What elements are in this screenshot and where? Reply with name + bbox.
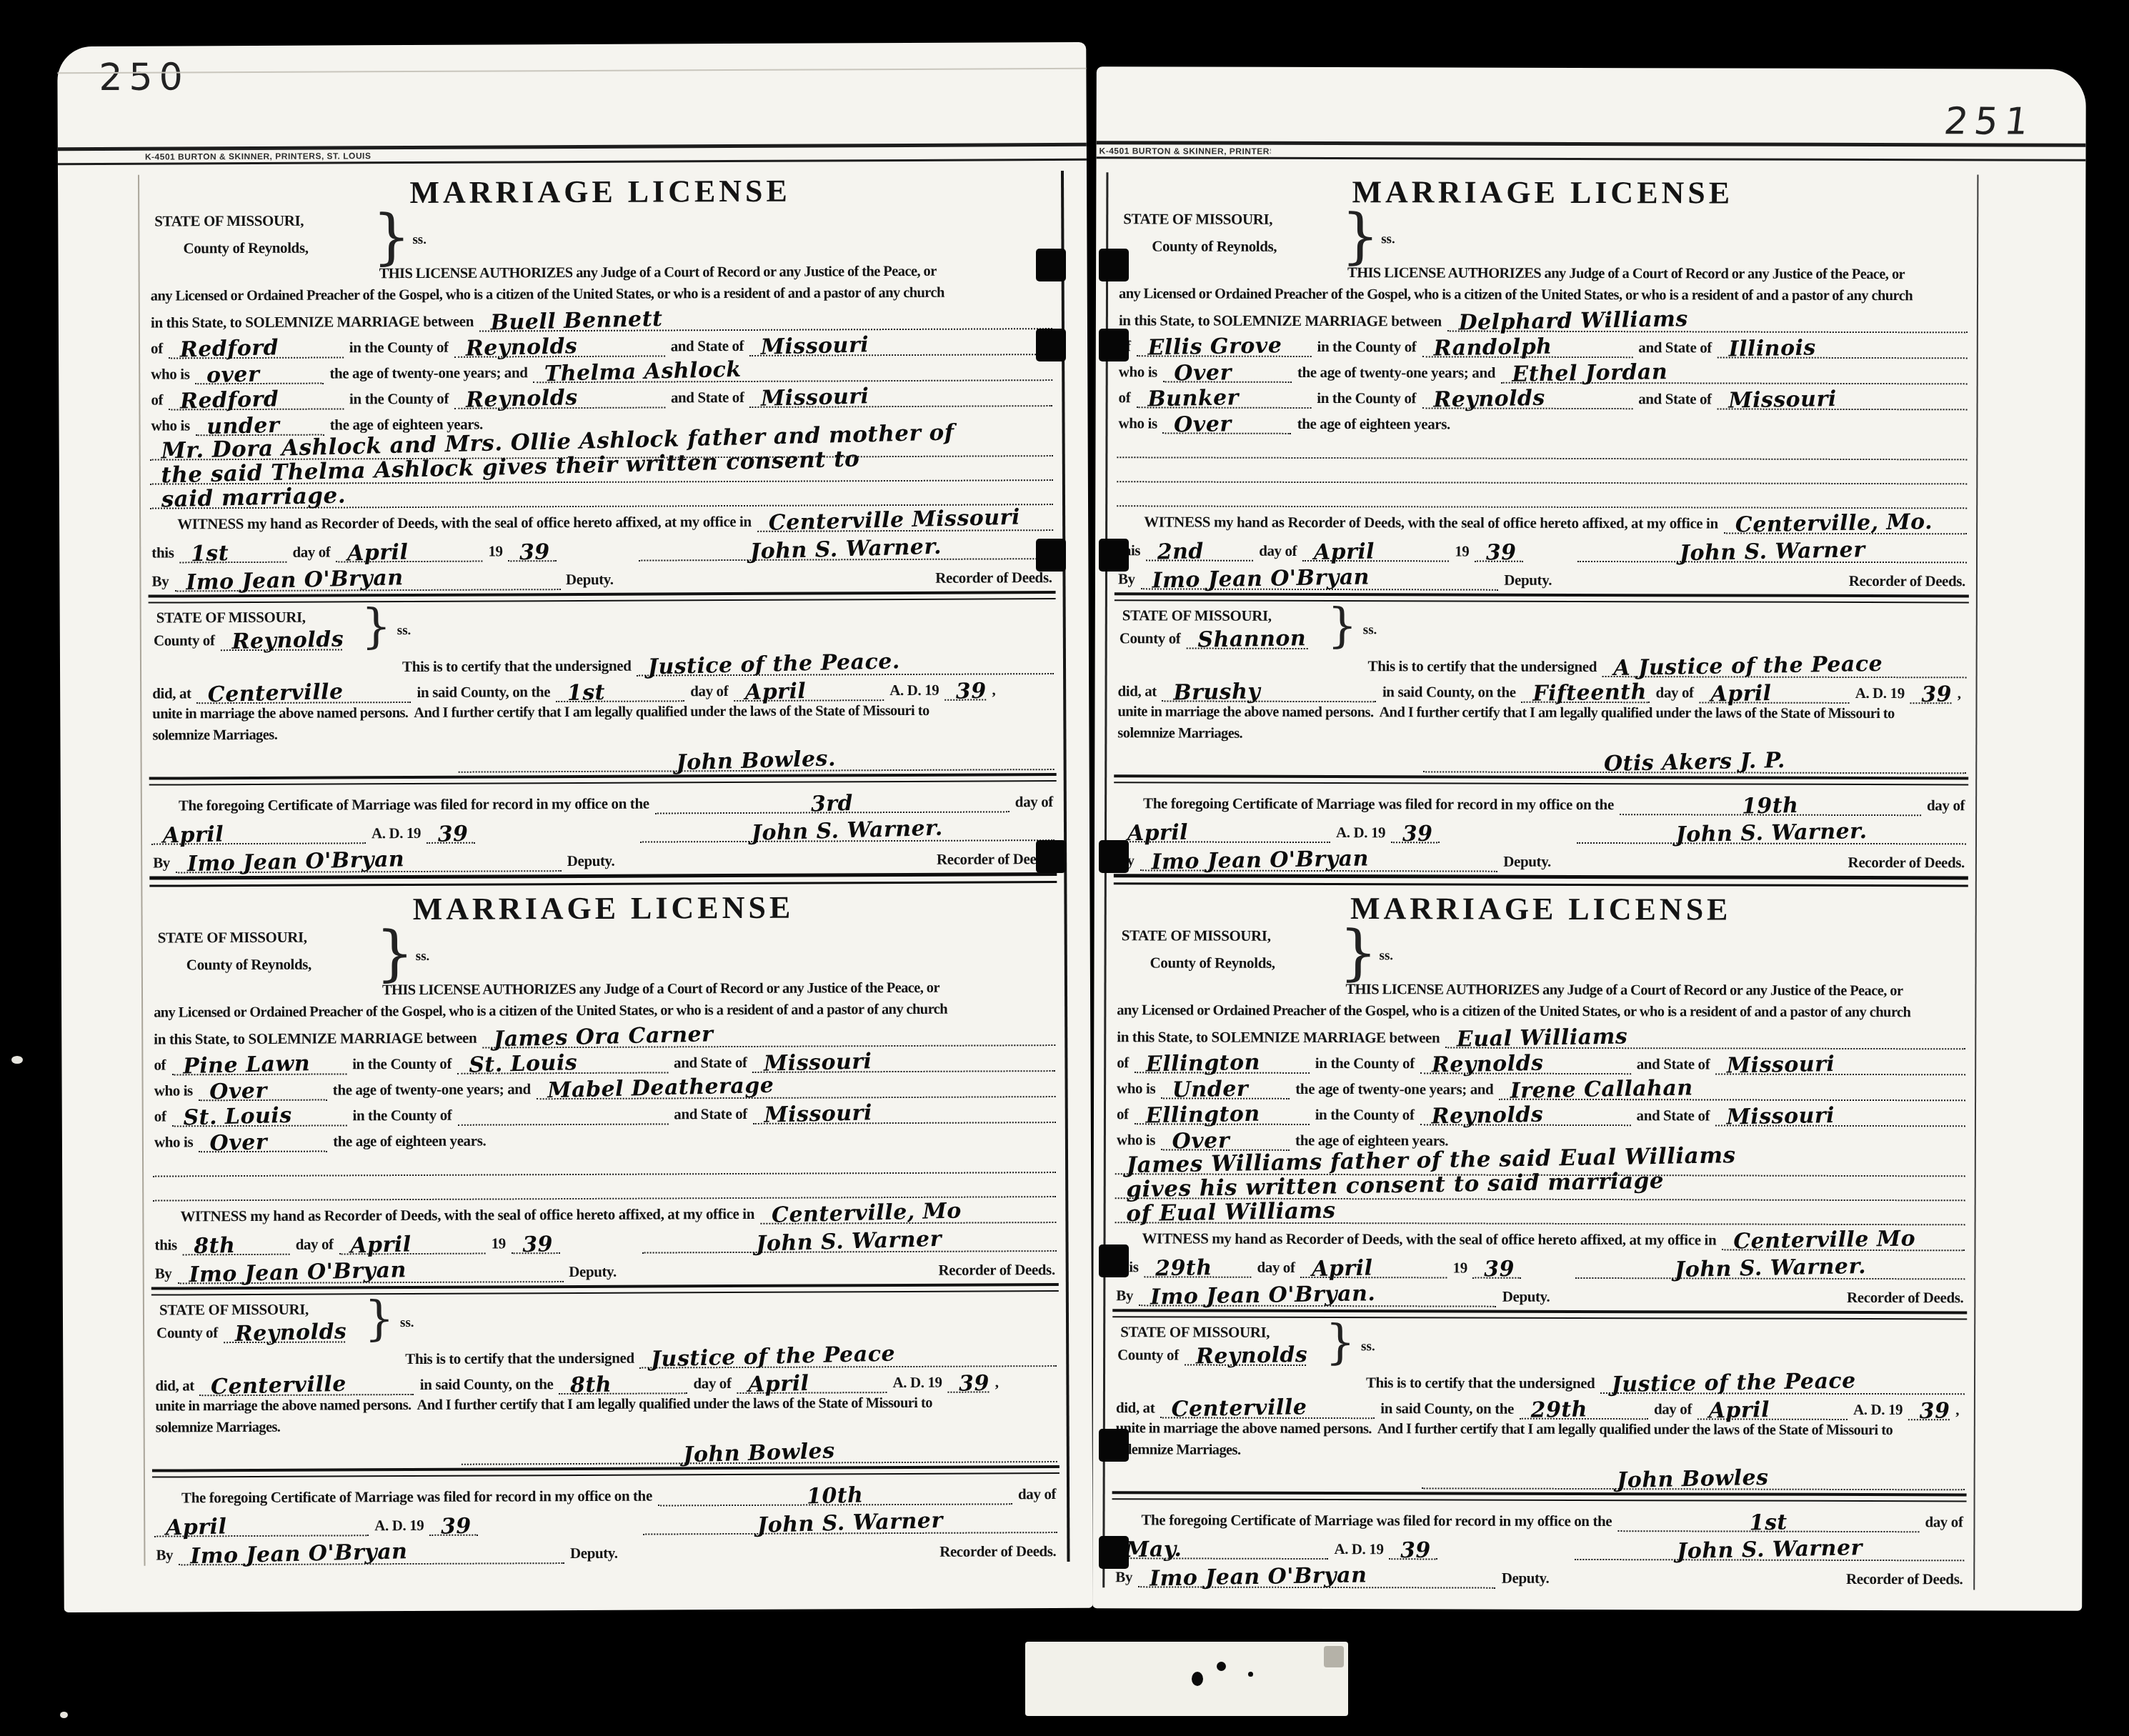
groom-name-line: James Ora Carner [482, 1026, 1055, 1048]
marriage-month-line: April [737, 1373, 887, 1394]
officiant-title: Justice of the Peace [651, 1343, 896, 1370]
filed-date-col: AprilA. D. 1939 [1114, 822, 1555, 844]
state-county-block: STATE OF MISSOURI,County of Reynolds,}ss… [146, 208, 1054, 265]
printed-who_is: who is [1113, 1132, 1159, 1150]
form-row: ByImo Jean O'BryanDeputy.Recorder of Dee… [1112, 1559, 1966, 1590]
printed-day_of: day of [1014, 1486, 1059, 1505]
license-title: MARRIAGE LICENSE [149, 889, 1057, 929]
recorder-signature-col: John S. Warner. [617, 539, 1055, 562]
form-row: This is to certify that the undersignedJ… [1112, 1367, 1967, 1395]
printed-ad: A. D. 19 [1850, 1402, 1906, 1420]
printed-foregoing: The foregoing Certificate of Marriage wa… [1137, 1512, 1615, 1532]
filed-year: 39 [441, 1516, 472, 1538]
form-row: who isOverthe age of eighteen years. [1115, 408, 1969, 436]
groom-county-line: Randolph [1422, 337, 1632, 358]
printed-and_state: and State of [670, 1106, 751, 1125]
bride-age-line: under [196, 416, 324, 437]
row-spacer [1575, 872, 1845, 873]
form-row: did, atCentervillein said County, on the… [149, 674, 1056, 704]
witness-month: April [1312, 1258, 1373, 1280]
filed-month-line: April [154, 1516, 369, 1537]
form-row [1115, 458, 1969, 484]
filed-month: May. [1125, 1539, 1182, 1561]
county-label: County ofReynolds [1114, 1345, 1308, 1366]
blank-consent-line [1117, 438, 1967, 460]
form-area-right: MARRIAGE LICENSESTATE OF MISSOURI,County… [1102, 172, 1978, 1590]
groom-name: James Ora Carner [494, 1024, 714, 1050]
bride-name-line: Ethel Jordan [1501, 364, 1968, 385]
printed-recorder: Recorder of Deeds. [1843, 1571, 1966, 1590]
form-row: ofRedfordin the County ofReynoldsand Sta… [147, 329, 1054, 359]
marriage-year-line: 39 [944, 680, 986, 700]
bride-age: Over [1172, 1130, 1230, 1152]
deputy-signature-line: Imo Jean O'Bryan. [1139, 1286, 1497, 1307]
witness-month-line: April [1302, 542, 1449, 562]
recorder-signature: John S. Warner. [750, 537, 942, 563]
printed-comma: , [1952, 1402, 1963, 1420]
witness-date-col: this29thday ofApril1939 [1112, 1257, 1553, 1279]
page-251: 251 K-4501 BURTON & SKINNER, PRINTERS, S… [1092, 66, 2086, 1611]
row-spacer [640, 1281, 935, 1282]
form-row: did, atCentervillein said County, on the… [151, 1367, 1059, 1397]
form-row: ofEllingtonin the County ofReynoldsand S… [1113, 1047, 1968, 1075]
printed-deputy: Deputy. [1499, 1289, 1554, 1307]
form-row: The foregoing Certificate of Marriage wa… [1112, 1505, 1966, 1532]
printed-day_of: day of [1255, 543, 1300, 562]
printed-in_county: in the County of [1313, 390, 1420, 409]
state-county-block: STATE OF MISSOURI,County ofReynolds}ss. [149, 604, 1056, 653]
printed-who_is: who is [147, 366, 193, 384]
groom-state-line: Missouri [1715, 1054, 1965, 1075]
state-of-missouri-label: STATE OF MISSOURI, [151, 213, 307, 232]
witness-office-place: Centerville Missouri [768, 507, 1020, 534]
printed-auth2: any Licensed or Ordained Preacher of the… [1113, 1004, 1914, 1024]
form-row: any Licensed or Ordained Preacher of the… [1113, 1000, 1968, 1024]
witness-year-line: 39 [509, 542, 557, 562]
marriage-month: April [1708, 1400, 1770, 1422]
bride-name: Ethel Jordan [1512, 361, 1667, 386]
state-county-block: STATE OF MISSOURI,County ofReynolds}ss. [1112, 1322, 1967, 1369]
form-row: This is to certify that the undersignedJ… [149, 649, 1056, 679]
printed-by: By [1115, 571, 1139, 589]
groom-county-line: St. Louis [457, 1053, 668, 1074]
form-row: this8thday ofApril1939John S. Warner [151, 1223, 1058, 1256]
printed-who_is: who is [1113, 1080, 1159, 1099]
certifying-county-line: Reynolds [220, 630, 341, 651]
printed-in_county: in the County of [1313, 339, 1420, 357]
witness-day-line: 1st [179, 543, 286, 564]
form-row: ofEllingtonin the County ofReynoldsand S… [1113, 1099, 1968, 1127]
marriage-day-line: Fifteenth [1522, 683, 1650, 703]
printed-deputy: Deputy. [1500, 854, 1555, 872]
ink-dot [1192, 1672, 1203, 1686]
ss-abbrev: ss. [1380, 948, 1394, 964]
filed-month: April [162, 824, 224, 847]
page-number-left: 250 [99, 56, 189, 99]
marriage-month: April [748, 1373, 809, 1396]
section-divider [1115, 592, 1969, 603]
county-label: County ofReynolds [150, 630, 344, 651]
recorder-signature: John S. Warner [1676, 1537, 1862, 1562]
recorder-label-col: Recorder of Deeds. [617, 569, 1056, 590]
marriage-year-line: 39 [1908, 1400, 1950, 1420]
printed-deputy: Deputy. [1498, 1570, 1553, 1589]
recorder-signature-line: John S. Warner. [1575, 1259, 1965, 1279]
row-spacer [1575, 591, 1845, 592]
printed-in_said: in said County, on the [417, 1376, 557, 1395]
witness-office-place-line: Centerville Missouri [757, 511, 1053, 532]
form-row: The foregoing Certificate of Marriage wa… [149, 787, 1057, 817]
printed-in_said: in said County, on the [1377, 1400, 1517, 1420]
marriage-place: Centerville [211, 1374, 346, 1398]
bride-residence-line: Bunker [1136, 388, 1311, 409]
recorder-signature-line: John S. Warner [1577, 542, 1967, 563]
deputy-col: ByImo Jean O'Bryan.Deputy. [1112, 1286, 1553, 1307]
recorder-signature-line: John S. Warner [642, 1232, 1057, 1254]
witness-year-line: 39 [1473, 1259, 1522, 1279]
county-label: County ofReynolds [153, 1322, 347, 1343]
printed-of: of [150, 1057, 169, 1075]
bride-age: under [206, 415, 280, 438]
marriage-place: Brushy [1173, 681, 1261, 704]
printed-of: of [1115, 389, 1135, 408]
ink-dot [1217, 1662, 1226, 1671]
printed-of: of [147, 391, 166, 410]
printed-certify: This is to certify that the undersigned [1365, 658, 1600, 677]
printed-day_of: day of [289, 544, 334, 562]
binding-tab [1099, 329, 1129, 361]
form-row: solemnize Marriages. [1114, 723, 1968, 747]
marriage-month: April [1710, 683, 1772, 705]
recorder-signature: John S. Warner. [1674, 1256, 1866, 1281]
witness-day-line: 2nd [1146, 541, 1253, 561]
groom-state: Missouri [1727, 1054, 1835, 1077]
filed-year: 39 [438, 824, 469, 846]
consent-text: of Eual Williams [1126, 1199, 1336, 1225]
groom-name: Eual Williams [1457, 1027, 1628, 1051]
deputy-signature-line: Imo Jean O'Bryan [1138, 1567, 1496, 1588]
witness-office-place: Centerville, Mo. [1735, 512, 1933, 537]
form-row: John Bowles [1112, 1461, 1967, 1490]
bottom-label-strip [1025, 1642, 1348, 1716]
printed-ad: A. D. 19 [886, 682, 942, 701]
filed-day-line: 3rd [655, 792, 1009, 814]
deputy-col: ByImo Jean O'BryanDeputy. [151, 1262, 620, 1284]
bride-name-line: Thelma Ashlock [533, 361, 1052, 383]
officiant-signature-line: John Bowles. [459, 750, 1054, 773]
bride-county: Reynolds [1433, 388, 1545, 411]
form-row: ByImo Jean O'Bryan.Deputy.Recorder of De… [1112, 1277, 1967, 1308]
groom-residence-line: Ellington [1135, 1053, 1310, 1074]
witness-day: 8th [194, 1235, 236, 1257]
printed-by: By [152, 1547, 176, 1565]
form-row: Otis Akers J. P. [1114, 744, 1968, 774]
form-row: gives his written consent to said marria… [1113, 1174, 1968, 1201]
marriage-day: Fifteenth [1532, 682, 1647, 705]
printed-nineteen: 19 [488, 1235, 509, 1254]
form-row: ofBunkerin the County ofReynoldsand Stat… [1115, 382, 1970, 410]
form-row: who isOverthe age of twenty-one years; a… [1115, 356, 1970, 384]
printed-certify: This is to certify that the undersigned [402, 1350, 638, 1370]
form-row: who isOverthe age of twenty-one years; a… [151, 1072, 1058, 1102]
witness-year: 39 [1486, 542, 1517, 564]
county-of-reynolds-label: County of Reynolds, [179, 240, 311, 259]
witness-date-col: this8thday ofApril1939 [151, 1234, 619, 1256]
officiant-title-line: Justice of the Peace [1600, 1374, 1965, 1395]
printed-recorder: Recorder of Deeds. [1843, 1289, 1967, 1309]
form-row: unite in marriage the above named person… [1114, 702, 1968, 725]
officiant-signature-line: John Bowles [1422, 1469, 1965, 1490]
bride-residence: St. Louis [183, 1105, 292, 1129]
recorder-signature-line: John S. Warner. [639, 539, 1053, 562]
bride-county-line: Reynolds [1420, 1105, 1631, 1126]
printed-ad: A. D. 19 [1330, 1541, 1387, 1560]
printed-recorder: Recorder of Deeds. [1845, 573, 1969, 592]
state-county-block: STATE OF MISSOURI,County of Reynolds,}ss… [1113, 926, 1968, 981]
printed-comma: , [992, 1374, 1002, 1392]
printed-and_state: and State of [667, 338, 748, 357]
groom-age: Over [1174, 362, 1232, 384]
section-divider [152, 1465, 1059, 1478]
form-row: The foregoing Certificate of Marriage wa… [152, 1479, 1059, 1509]
printed-auth1: THIS LICENSE AUTHORIZES any Judge of a C… [1344, 266, 1908, 286]
recorder-signature-col: John S. Warner. [1553, 1259, 1967, 1280]
county-of-label: County of [150, 632, 219, 651]
consent-text-line: of Eual Williams [1115, 1203, 1965, 1225]
marriage-day-line: 8th [559, 1374, 687, 1395]
paper-speck [60, 1712, 68, 1718]
bride-residence: Redford [179, 389, 279, 412]
form-row: did, atBrushyin said County, on theFifte… [1114, 676, 1968, 704]
groom-name-line: Eual Williams [1445, 1028, 1965, 1049]
form-row: John Bowles. [149, 743, 1057, 774]
page-crease [57, 68, 1086, 74]
state-of-missouri-label: STATE OF MISSOURI, [1117, 1324, 1273, 1343]
form-row: ByImo Jean O'BryanDeputy.Recorder of Dee… [1114, 842, 1968, 873]
state-of-missouri-label: STATE OF MISSOURI, [1119, 607, 1275, 627]
bride-residence: Bunker [1147, 387, 1239, 410]
bride-county-line: Reynolds [1422, 389, 1632, 409]
printed-certify: This is to certify that the undersigned [399, 658, 635, 677]
bride-state: Missouri [764, 1102, 872, 1127]
form-row: did, atCentervillein said County, on the… [1112, 1392, 1967, 1420]
form-row: in this State, to SOLEMNIZE MARRIAGE bet… [1115, 305, 1970, 333]
printed-in_said: in said County, on the [414, 684, 554, 703]
recorder-label-col: Recorder of Deeds. [618, 851, 1057, 872]
printed-of: of [147, 340, 166, 359]
printed-auth1: THIS LICENSE AUTHORIZES any Judge of a C… [379, 981, 943, 1002]
form-row: ofSt. Louisin the County ofand State ofM… [151, 1097, 1058, 1127]
row-spacer [637, 589, 932, 590]
section-divider [149, 773, 1057, 786]
recorder-label-col: Recorder of Deeds. [622, 1543, 1060, 1564]
printed-solemnize: solemnize Marriages. [1112, 1443, 1245, 1462]
marriage-place: Centerville [208, 682, 344, 706]
groom-residence: Redford [179, 337, 279, 361]
marriage-license-2: MARRIAGE LICENSESTATE OF MISSOURI,County… [149, 889, 1059, 1566]
printed-and_state: and State of [1635, 391, 1715, 409]
printed-age21: the age of twenty-one years; and [1294, 364, 1499, 384]
marriage-month: April [745, 681, 807, 704]
printed-in_county: in the County of [1312, 1055, 1418, 1074]
state-county-block: STATE OF MISSOURI,County ofReynolds}ss. [151, 1297, 1059, 1345]
witness-office-place-line: Centerville Mo [1722, 1230, 1965, 1251]
groom-age-line: Over [199, 1081, 327, 1102]
printed-age21: the age of twenty-one years; and [1292, 1081, 1497, 1100]
county-label: County of Reynolds, [1148, 238, 1280, 257]
witness-month: April [347, 542, 409, 564]
printed-and_state: and State of [1633, 1107, 1714, 1126]
marriage-month-line: April [1697, 1400, 1848, 1420]
bride-age: Over [209, 1132, 267, 1154]
filed-day: 3rd [810, 793, 853, 816]
groom-state-line: Missouri [749, 335, 1052, 356]
county-of-label: County of [1116, 630, 1185, 649]
marriage-year: 39 [956, 681, 987, 703]
printed-foregoing: The foregoing Certificate of Marriage wa… [175, 795, 653, 816]
witness-day-line: 29th [1144, 1257, 1251, 1277]
form-row [1115, 434, 1969, 460]
printed-by: By [1112, 1287, 1137, 1306]
printed-day_of: day of [1921, 1514, 1966, 1532]
groom-residence: Pine Lawn [183, 1053, 311, 1077]
printed-in_county: in the County of [346, 391, 452, 410]
printed-in_county: in the County of [346, 339, 452, 359]
groom-residence: Ellis Grove [1147, 335, 1282, 359]
printed-day_of: day of [1650, 1401, 1695, 1420]
printed-foregoing: The foregoing Certificate of Marriage wa… [178, 1487, 656, 1508]
section-divider [1112, 1491, 1967, 1502]
scanned-record-book: 250 K-4501 BURTON & SKINNER, PRINTERS, S… [0, 0, 2129, 1736]
printed-comma: , [1954, 685, 1965, 704]
printed-this: this [148, 544, 177, 563]
brace-glyph: } [1339, 922, 1377, 982]
certifying-county-line: Reynolds [1185, 1346, 1306, 1366]
state-of-missouri-label: STATE OF MISSOURI, [1118, 927, 1275, 947]
deputy-signature-line: Imo Jean O'Bryan [1140, 851, 1498, 872]
filed-day: 19th [1742, 795, 1799, 818]
recorder-label-col: Recorder of Deeds. [1552, 1570, 1966, 1590]
binding-tab [1099, 249, 1129, 281]
witness-day: 2nd [1157, 541, 1205, 563]
state-county-block: STATE OF MISSOURI,County ofShannon}ss. [1115, 606, 1969, 652]
form-row: WITNESS my hand as Recorder of Deeds, wi… [1112, 1223, 1967, 1251]
form-row: WITNESS my hand as Recorder of Deeds, wi… [148, 505, 1055, 535]
recorder-label-col: Recorder of Deeds. [620, 1262, 1059, 1282]
printed-who_is: who is [1115, 364, 1161, 382]
printed-nineteen: 19 [1451, 543, 1472, 562]
form-row: who isOverthe age of eighteen years. [151, 1123, 1058, 1153]
filed-year-line: 39 [1389, 1540, 1437, 1560]
printed-in_said: in said County, on the [1379, 684, 1520, 703]
printed-day_of: day of [1923, 797, 1968, 816]
deputy-signature-line: Imo Jean O'Bryan [179, 1544, 564, 1565]
recorder-signature-col: John S. Warner [621, 1513, 1059, 1535]
filed-month-line: April [151, 824, 366, 844]
section-divider [1112, 1309, 1967, 1320]
recorder-signature-col: John S. Warner [1552, 1540, 1966, 1562]
marriage-year: 39 [1921, 684, 1952, 707]
groom-residence-line: Pine Lawn [171, 1054, 346, 1075]
deputy-signature-line: Imo Jean O'Bryan [177, 1262, 563, 1284]
deputy-signature: Imo Jean O'Bryan [1149, 1565, 1367, 1590]
state-county-block: STATE OF MISSOURI,County of Reynolds,}ss… [150, 924, 1057, 982]
printed-witness: WITNESS my hand as Recorder of Deeds, wi… [1140, 514, 1722, 534]
printed-unite: unite in marriage the above named person… [1112, 1422, 1896, 1442]
recorder-signature: John S. Warner. [1675, 821, 1868, 846]
form-row: ofPine Lawnin the County ofSt. Louisand … [150, 1046, 1057, 1076]
form-row: this2ndday ofApril1939John S. Warner [1115, 532, 1969, 563]
bride-name: Thelma Ashlock [544, 359, 742, 385]
blank-consent-line [1117, 462, 1967, 484]
ss-abbrev: ss. [400, 1315, 414, 1331]
witness-month-line: April [336, 542, 482, 563]
binding-tab [1099, 1536, 1129, 1569]
marriage-place-line: Centerville [200, 1375, 414, 1396]
printed-ad: A. D. 19 [1332, 824, 1389, 843]
form-row: ByImo Jean O'BryanDeputy.Recorder of Dee… [151, 1252, 1059, 1284]
recorder-signature: John S. Warner [756, 1229, 942, 1255]
printed-who_is: who is [151, 1082, 196, 1101]
recorder-signature-col: John S. Warner [1555, 542, 1969, 564]
form-row: in this State, to SOLEMNIZE MARRIAGE bet… [150, 1020, 1057, 1050]
witness-month: April [1314, 542, 1375, 564]
witness-year: 39 [522, 1234, 553, 1256]
recorder-label-col: Recorder of Deeds. [1555, 854, 1968, 874]
bride-county: Reynolds [465, 387, 577, 411]
marriage-year: 39 [959, 1373, 989, 1395]
deputy-col: ByImo Jean O'BryanDeputy. [148, 570, 617, 592]
deputy-col: ByImo Jean O'BryanDeputy. [1114, 851, 1555, 872]
deputy-col: ByImo Jean O'BryanDeputy. [152, 1544, 621, 1566]
bride-state-line: Missouri [1715, 1106, 1965, 1127]
consent-text-line: gives his written consent to said marria… [1115, 1179, 1965, 1201]
bride-name-line: Mabel Deatherage [537, 1077, 1056, 1099]
form-area-left: MARRIAGE LICENSESTATE OF MISSOURI,County… [138, 171, 1070, 1566]
recorder-label-col: Recorder of Deeds. [1555, 572, 1969, 592]
marriage-year: 39 [1920, 1401, 1950, 1423]
witness-year: 39 [1484, 1259, 1515, 1281]
certifying-county-line: Reynolds [224, 1322, 345, 1343]
printed-recorder: Recorder of Deeds. [936, 1543, 1059, 1562]
printed-and_state: and State of [667, 389, 748, 409]
row-spacer [638, 870, 933, 872]
groom-state-line: Illinois [1717, 338, 1968, 359]
bride-state-line: Missouri [749, 386, 1052, 408]
form-row: in this State, to SOLEMNIZE MARRIAGE bet… [1113, 1022, 1968, 1049]
deputy-signature-line: Imo Jean O'Bryan [176, 852, 562, 873]
printed-and_state: and State of [1633, 1056, 1714, 1074]
marriage-license-4: MARRIAGE LICENSESTATE OF MISSOURI,County… [1112, 890, 1968, 1590]
printed-foregoing: The foregoing Certificate of Marriage wa… [1140, 795, 1617, 815]
printed-solemnize: solemnize Marriages. [1114, 727, 1246, 745]
ss-abbrev: ss. [412, 232, 427, 248]
form-row: said marriage. [148, 481, 1055, 509]
deputy-signature: Imo Jean O'Bryan [186, 567, 404, 594]
printed-nineteen: 19 [1450, 1259, 1471, 1278]
form-row: ofEllis Grovein the County ofRandolphand… [1115, 331, 1970, 359]
binding-tab [1036, 329, 1066, 361]
officiant-title-line: Justice of the Peace. [637, 654, 1054, 677]
deputy-signature-line: Imo Jean O'Bryan [174, 570, 560, 592]
marriage-month-line: April [734, 681, 884, 702]
witness-day: 29th [1155, 1257, 1212, 1279]
witness-day: 1st [191, 543, 229, 565]
filed-date-col: May.A. D. 1939 [1112, 1539, 1552, 1560]
page-number-right: 251 [1942, 100, 2038, 143]
officiant-title-line: Justice of the Peace [640, 1347, 1057, 1369]
recorder-signature-col: John S. Warner. [1555, 824, 1968, 845]
